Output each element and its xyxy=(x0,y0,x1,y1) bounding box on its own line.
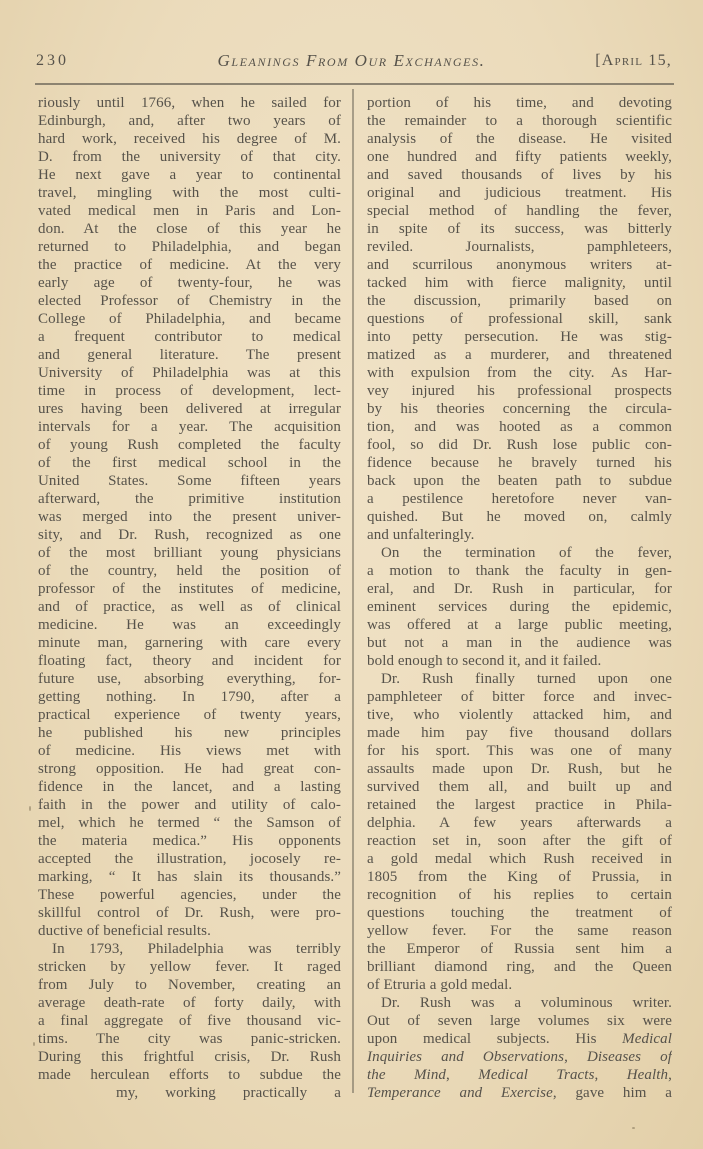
text-line: Inquiries and Observations, Diseases of xyxy=(367,1048,672,1066)
text-line: tims. The city was panic-stricken. xyxy=(38,1030,341,1048)
text-line: fidence because he bravely turned his xyxy=(367,454,672,472)
text-line: tion, and was hooted as a common xyxy=(367,418,672,436)
text-line: On the termination of the fever, xyxy=(367,544,672,562)
text-line: hard work, received his degree of M. xyxy=(38,130,341,148)
text-line: elected Professor of Chemistry in the xyxy=(38,292,341,310)
text-line: travel, mingling with the most culti- xyxy=(38,184,341,202)
text-line: don. At the close of this year he xyxy=(38,220,341,238)
text-line: original and judicious treatment. His xyxy=(367,184,672,202)
text-line: afterward, the primitive institution xyxy=(38,490,341,508)
text-line: the Mind, Medical Tracts, Health, xyxy=(367,1066,672,1084)
page-number: 230 xyxy=(36,52,69,70)
text-line: a motion to thank the faculty in gen- xyxy=(367,562,672,580)
text-line: made him pay five thousand dollars xyxy=(367,724,672,742)
text-line: and of practice, as well as of clinical xyxy=(38,598,341,616)
text-line: retained the largest practice in Phila- xyxy=(367,796,672,814)
text-line: eminent services during the epidemic, xyxy=(367,598,672,616)
text-line: future use, absorbing everything, for- xyxy=(38,670,341,688)
text-line: fidence in the lancet, and a lasting xyxy=(38,778,341,796)
page-header: 230 Gleanings From Our Exchanges. [April… xyxy=(0,52,703,74)
column-divider xyxy=(352,89,354,1093)
text-line: reaction set in, soon after the gift of xyxy=(367,832,672,850)
text-line: accepted the illustration, jocosely re- xyxy=(38,850,341,868)
text-line: of the country, held the position of xyxy=(38,562,341,580)
text-line: University of Philadelphia was at this xyxy=(38,364,341,382)
text-line: bold enough to second it, and it failed. xyxy=(367,652,672,670)
text-line: of young Rush completed the faculty xyxy=(38,436,341,454)
text-line: tive, who violently attacked him, and xyxy=(367,706,672,724)
text-line: medicine. He was an exceedingly xyxy=(38,616,341,634)
text-line: fool, so did Dr. Rush lose public con- xyxy=(367,436,672,454)
scan-speck xyxy=(29,806,31,811)
text-line: and unfalteringly. xyxy=(367,526,672,544)
text-line: the Emperor of Russia sent him a xyxy=(367,940,672,958)
text-line: United States. Some fifteen years xyxy=(38,472,341,490)
text-line: During this frightful crisis, Dr. Rush xyxy=(38,1048,341,1066)
text-line: a frequent contributor to medical xyxy=(38,328,341,346)
text-line: Edinburgh, and, after two years of xyxy=(38,112,341,130)
text-line: analysis of the disease. He visited xyxy=(367,130,672,148)
text-line: minute man, garnering with care every xyxy=(38,634,341,652)
text-line: survived them all, and built up and xyxy=(367,778,672,796)
text-line: of Etruria a gold medal. xyxy=(367,976,672,994)
text-line: questions of professional skill, sank xyxy=(367,310,672,328)
text-line: riously until 1766, when he sailed for xyxy=(38,94,341,112)
text-line: mel, which he termed “ the Samson of xyxy=(38,814,341,832)
text-line: Dr. Rush was a voluminous writer. xyxy=(367,994,672,1012)
column-left: riously until 1766, when he sailed forEd… xyxy=(38,94,341,1102)
text-line: floating fact, theory and incident for xyxy=(38,652,341,670)
text-line: College of Philadelphia, and became xyxy=(38,310,341,328)
text-line: questions touching the treatment of xyxy=(367,904,672,922)
text-line: ductive of beneficial results. xyxy=(38,922,341,940)
text-line: In 1793, Philadelphia was terribly xyxy=(38,940,341,958)
text-line: time in process of development, lect- xyxy=(38,382,341,400)
text-line: early age of twenty-four, he was xyxy=(38,274,341,292)
text-line: the materia medica.” His opponents xyxy=(38,832,341,850)
text-line: of medicine. His views met with xyxy=(38,742,341,760)
text-line: one hundred and fifty patients weekly, xyxy=(367,148,672,166)
text-line: Temperance and Exercise, gave him a xyxy=(367,1084,672,1102)
text-line: he published his new principles xyxy=(38,724,341,742)
text-line: from July to November, creating an xyxy=(38,976,341,994)
text-line: stricken by yellow fever. It raged xyxy=(38,958,341,976)
text-line: Dr. Rush finally turned upon one xyxy=(367,670,672,688)
text-line: brilliant diamond ring, and the Queen xyxy=(367,958,672,976)
text-line: the remainder to a thorough scientific xyxy=(367,112,672,130)
header-rule xyxy=(35,83,674,85)
text-line: and saved thousands of lives by his xyxy=(367,166,672,184)
text-line: was offered at a large public meeting, xyxy=(367,616,672,634)
text-line: reviled. Journalists, pamphleteers, xyxy=(367,238,672,256)
text-line: average death-rate of forty daily, with xyxy=(38,994,341,1012)
text-line: a gold medal which Rush received in xyxy=(367,850,672,868)
text-line: but not a man in the audience was xyxy=(367,634,672,652)
text-line: back upon the beaten path to subdue xyxy=(367,472,672,490)
text-line: He next gave a year to continental xyxy=(38,166,341,184)
text-line: by his theories concerning the circula- xyxy=(367,400,672,418)
text-line: tacked him with fierce malignity, until xyxy=(367,274,672,292)
text-line: recognition of his replies to certain xyxy=(367,886,672,904)
text-line: skillful control of Dr. Rush, were pro- xyxy=(38,904,341,922)
text-line: yellow fever. For the same reason xyxy=(367,922,672,940)
text-line: professor of the institutes of medicine, xyxy=(38,580,341,598)
text-line: special method of handling the fever, xyxy=(367,202,672,220)
text-line: marking, “ It has slain its thousands.” xyxy=(38,868,341,886)
text-line: portion of his time, and devoting xyxy=(367,94,672,112)
text-line: faith in the power and utility of calo- xyxy=(38,796,341,814)
text-line: These powerful agencies, under the xyxy=(38,886,341,904)
text-line: of the first medical school in the xyxy=(38,454,341,472)
text-line: D. from the university of that city. xyxy=(38,148,341,166)
scan-speck xyxy=(632,1127,635,1129)
text-line: with expulsion from the city. As Har- xyxy=(367,364,672,382)
text-line: of the most brilliant young physicians xyxy=(38,544,341,562)
text-line: returned to Philadelphia, and began xyxy=(38,238,341,256)
text-line: strong opposition. He had great con- xyxy=(38,760,341,778)
text-line: getting nothing. In 1790, after a xyxy=(38,688,341,706)
text-line: pamphleteer of bitter force and invec- xyxy=(367,688,672,706)
column-right: portion of his time, and devotingthe rem… xyxy=(367,94,672,1102)
text-line: practical experience of twenty years, xyxy=(38,706,341,724)
text-line: delphia. A few years afterwards a xyxy=(367,814,672,832)
text-line: the practice of medicine. At the very xyxy=(38,256,341,274)
text-line: matized as a murderer, and threatened xyxy=(367,346,672,364)
text-line: for his sport. This was one of many xyxy=(367,742,672,760)
scan-speck xyxy=(33,1042,35,1046)
text-line: upon medical subjects. His Medical xyxy=(367,1030,672,1048)
text-line: intervals for a year. The acquisition xyxy=(38,418,341,436)
text-line: vey injured his professional prospects xyxy=(367,382,672,400)
text-line: a pestilence heretofore never van- xyxy=(367,490,672,508)
text-line: a final aggregate of five thousand vic- xyxy=(38,1012,341,1030)
text-line: assaults made upon Dr. Rush, but he xyxy=(367,760,672,778)
text-line: was merged into the present univer- xyxy=(38,508,341,526)
text-line: the discussion, primarily based on xyxy=(367,292,672,310)
text-line: my, working practically a xyxy=(38,1084,341,1102)
text-line: vated medical men in Paris and Lon- xyxy=(38,202,341,220)
header-date: [April 15, xyxy=(595,52,672,70)
text-line: Out of seven large volumes six were xyxy=(367,1012,672,1030)
text-line: made herculean efforts to subdue the xyxy=(38,1066,341,1084)
text-line: and scurrilous anonymous writers at- xyxy=(367,256,672,274)
header-title: Gleanings From Our Exchanges. xyxy=(217,51,485,71)
text-line: 1805 from the King of Prussia, in xyxy=(367,868,672,886)
text-line: quished. But he moved on, calmly xyxy=(367,508,672,526)
text-line: into petty persecution. He was stig- xyxy=(367,328,672,346)
text-line: in spite of its success, was bitterly xyxy=(367,220,672,238)
text-line: sity, and Dr. Rush, recognized as one xyxy=(38,526,341,544)
text-line: and general literature. The present xyxy=(38,346,341,364)
text-line: ures having been delivered at irregular xyxy=(38,400,341,418)
text-line: eral, and Dr. Rush in particular, for xyxy=(367,580,672,598)
